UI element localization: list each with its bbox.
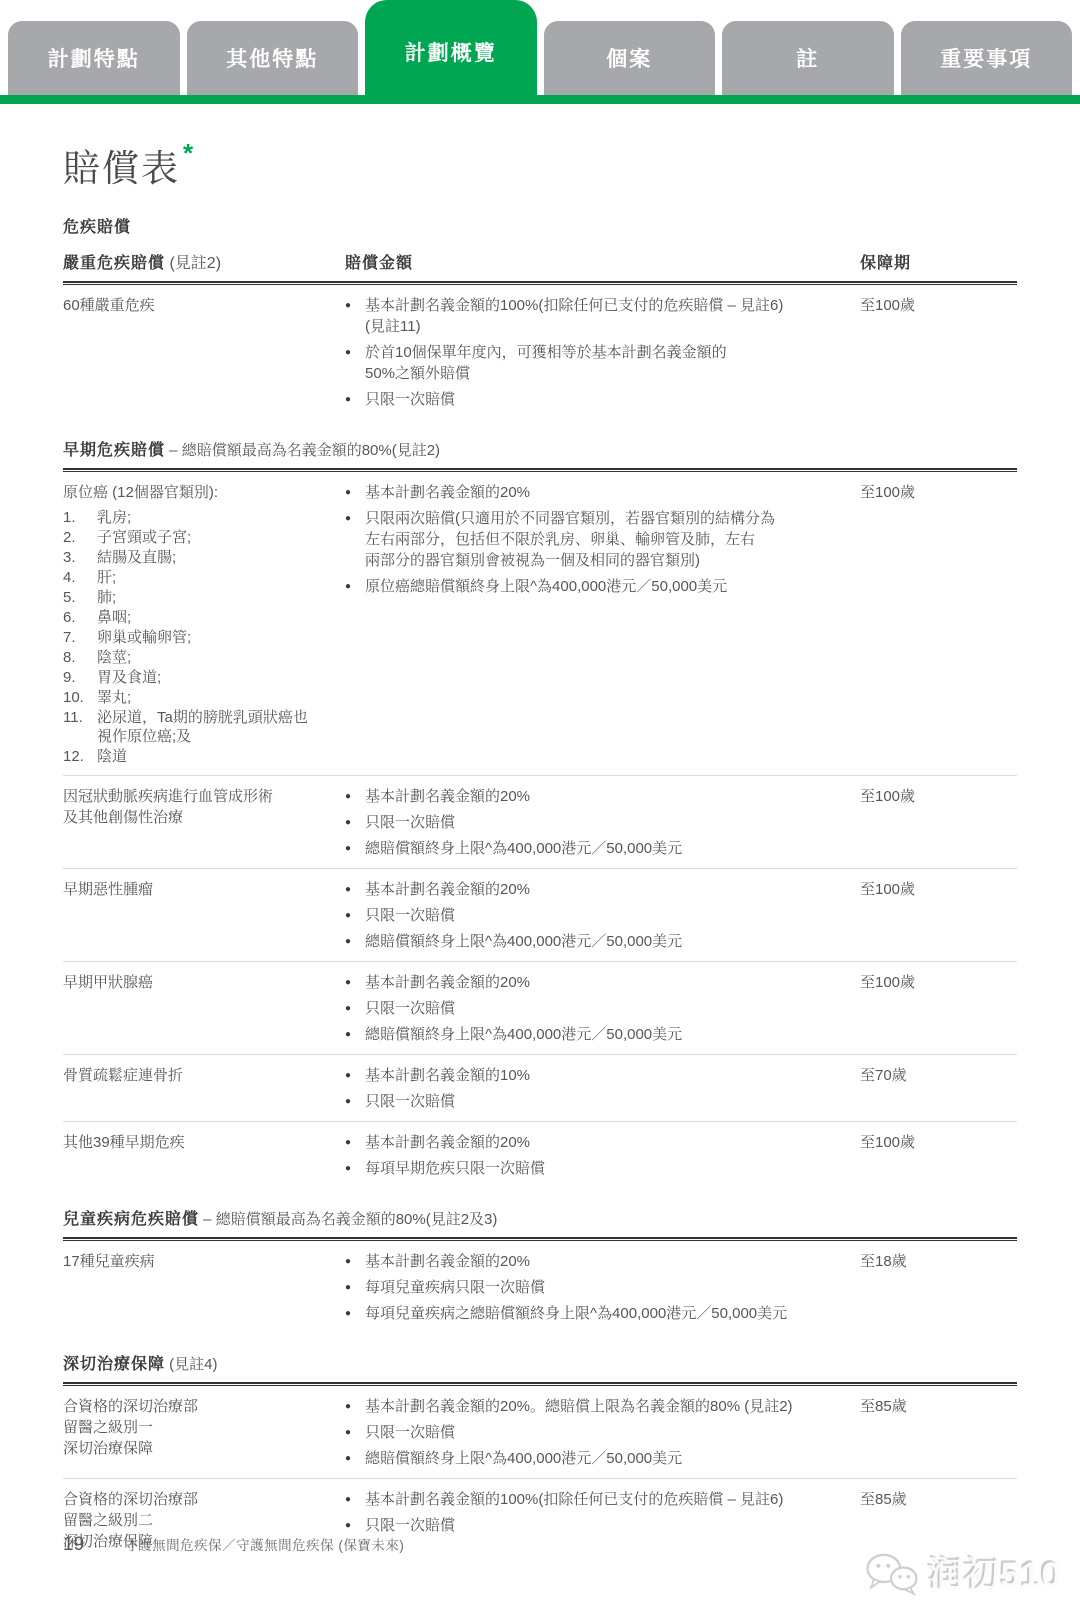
coverage-period: 至85歲 <box>860 1396 1017 1469</box>
bullet-item: ●於首10個保單年度內，可獲相等於基本計劃名義金額的 50%之額外賠償 <box>345 342 846 384</box>
bullet-text: 每項兒童疾病只限一次賠償 <box>365 1277 545 1298</box>
list-item: 12.陰道 <box>63 747 345 766</box>
list-item-text: 子宮頸或子宮; <box>97 528 191 547</box>
watermark-text: 润初510 <box>929 1548 1062 1598</box>
bullet-icon: ● <box>345 879 365 900</box>
column-header-condition: 嚴重危疾賠償 (見註2) <box>63 250 345 273</box>
bullet-item: ●基本計劃名義金額的20% <box>345 482 846 503</box>
bullet-icon: ● <box>345 972 365 993</box>
coverage-period: 至100歲 <box>860 879 1017 952</box>
bullet-icon: ● <box>345 1448 365 1469</box>
list-item-number: 6. <box>63 608 97 627</box>
page: 計劃特點其他特點計劃概覽個案註重要事項 賠償表* 危疾賠償 嚴重危疾賠償 (見註… <box>0 0 1080 1620</box>
bullet-item: ●每項兒童疾病之總賠償額終身上限^為400,000港元／50,000美元 <box>345 1303 846 1324</box>
bullet-item: ●基本計劃名義金額的100%(扣除任何已支付的危疾賠償 – 見註6) (見註11… <box>345 295 846 337</box>
table-row: 因冠狀動脈疾病進行血管成形術 及其他創傷性治療●基本計劃名義金額的20%●只限一… <box>63 775 1017 868</box>
list-item-text: 卵巢或輸卵管; <box>97 628 191 647</box>
page-number: 19 <box>63 1534 84 1556</box>
table-section: 嚴重危疾賠償 (見註2)賠償金額保障期60種嚴重危疾●基本計劃名義金額的100%… <box>63 250 1017 419</box>
bullet-icon: ● <box>345 998 365 1019</box>
bullet-item: ●基本計劃名義金額的20% <box>345 786 846 807</box>
list-item: 4.肝; <box>63 568 345 587</box>
condition-name: 因冠狀動脈疾病進行血管成形術 及其他創傷性治療 <box>63 786 345 828</box>
bullet-item: ●只限一次賠償 <box>345 905 846 926</box>
asterisk-marker: * <box>183 138 195 168</box>
coverage-period: 至100歲 <box>860 482 1017 766</box>
bullet-icon: ● <box>345 1303 365 1324</box>
list-item-number: 7. <box>63 628 97 647</box>
bullet-text: 基本計劃名義金額的20% <box>365 786 530 807</box>
coverage-period: 至70歲 <box>860 1065 1017 1112</box>
bullet-text: 基本計劃名義金額的20% <box>365 1132 530 1153</box>
column-header-note: (見註2) <box>165 255 221 272</box>
condition-name: 17種兒童疾病 <box>63 1251 345 1272</box>
section-title-note: – 總賠償額最高為名義金額的80%(見註2及3) <box>199 1211 497 1228</box>
table-section: 深切治療保障 (見註4)合資格的深切治療部 留醫之級別一 深切治療保障●基本計劃… <box>63 1351 1017 1561</box>
coverage-period: 至100歲 <box>860 295 1017 410</box>
section-heading-critical-illness: 危疾賠償 <box>63 214 1017 237</box>
bullet-item: ●總賠償額終身上限^為400,000港元／50,000美元 <box>345 838 846 859</box>
bullet-text: 只限一次賠償 <box>365 1422 455 1443</box>
bullet-text: 只限一次賠償 <box>365 1091 455 1112</box>
list-item-text: 結腸及直腸; <box>97 548 176 567</box>
bullet-item: ●只限一次賠償 <box>345 998 846 1019</box>
list-item-number: 9. <box>63 668 97 687</box>
bullet-item: ●基本計劃名義金額的20% <box>345 1132 846 1153</box>
bullet-item: ●每項兒童疾病只限一次賠償 <box>345 1277 846 1298</box>
bullet-text: 只限一次賠償 <box>365 389 455 410</box>
condition-name: 合資格的深切治療部 留醫之級別一 深切治療保障 <box>63 1396 345 1459</box>
list-item-text: 胃及食道; <box>97 668 161 687</box>
bullet-text: 每項早期危疾只限一次賠償 <box>365 1158 545 1179</box>
benefit-cell: ●基本計劃名義金額的20%●每項兒童疾病只限一次賠償●每項兒童疾病之總賠償額終身… <box>345 1251 860 1324</box>
bullet-item: ●基本計劃名義金額的20% <box>345 972 846 993</box>
list-item-text: 鼻咽; <box>97 608 131 627</box>
bullet-icon: ● <box>345 786 365 807</box>
list-item-number: 3. <box>63 548 97 567</box>
table-row: 骨質疏鬆症連骨折●基本計劃名義金額的10%●只限一次賠償至70歲 <box>63 1054 1017 1121</box>
list-item: 5.肺; <box>63 588 345 607</box>
tab-plan-overview[interactable]: 計劃概覽 <box>365 0 537 104</box>
bullet-item: ●原位癌總賠償額終身上限^為400,000港元／50,000美元 <box>345 576 846 597</box>
bullet-icon: ● <box>345 931 365 952</box>
bullet-text: 總賠償額終身上限^為400,000港元／50,000美元 <box>365 1024 682 1045</box>
wechat-icon <box>863 1550 921 1596</box>
condition-cell: 60種嚴重危疾 <box>63 295 345 410</box>
bullet-text: 於首10個保單年度內，可獲相等於基本計劃名義金額的 50%之額外賠償 <box>365 342 727 384</box>
list-item-number: 1. <box>63 508 97 527</box>
benefit-cell: ●基本計劃名義金額的100%(扣除任何已支付的危疾賠償 – 見註6)●只限一次賠… <box>345 1489 860 1552</box>
bullet-item: ●總賠償額終身上限^為400,000港元／50,000美元 <box>345 931 846 952</box>
bullet-icon: ● <box>345 389 365 410</box>
bullet-icon: ● <box>345 1158 365 1179</box>
list-item: 2.子宮頸或子宮; <box>63 528 345 547</box>
tab-bar-underline <box>0 95 1080 104</box>
section-title-bold: 深切治療保障 <box>63 1356 165 1373</box>
bullet-text: 基本計劃名義金額的10% <box>365 1065 530 1086</box>
bullet-icon: ● <box>345 576 365 597</box>
bullet-item: ●基本計劃名義金額的20% <box>345 1251 846 1272</box>
table-row: 原位癌 (12個器官類別):1.乳房;2.子宮頸或子宮;3.結腸及直腸;4.肝;… <box>63 472 1017 775</box>
organ-list: 1.乳房;2.子宮頸或子宮;3.結腸及直腸;4.肝;5.肺;6.鼻咽;7.卵巢或… <box>63 508 345 766</box>
list-item-number: 2. <box>63 528 97 547</box>
bullet-text: 只限一次賠償 <box>365 998 455 1019</box>
condition-name: 60種嚴重危疾 <box>63 295 345 316</box>
bullet-item: ●只限一次賠償 <box>345 1091 846 1112</box>
bullet-icon: ● <box>345 905 365 926</box>
bullet-text: 總賠償額終身上限^為400,000港元／50,000美元 <box>365 1448 682 1469</box>
benefit-cell: ●基本計劃名義金額的20%●只限一次賠償●總賠償額終身上限^為400,000港元… <box>345 786 860 859</box>
bullet-icon: ● <box>345 1132 365 1153</box>
bullet-icon: ● <box>345 1024 365 1045</box>
bullet-item: ●只限一次賠償 <box>345 1422 846 1443</box>
benefit-cell: ●基本計劃名義金額的20%●只限一次賠償●總賠償額終身上限^為400,000港元… <box>345 972 860 1045</box>
tab-plan-features[interactable]: 計劃特點 <box>8 21 180 95</box>
tab-other-features[interactable]: 其他特點 <box>187 21 359 95</box>
bullet-item: ●只限兩次賠償(只適用於不同器官類別，若器官類別的結構分為 左右兩部分，包括但不… <box>345 508 846 571</box>
list-item: 8.陰莖; <box>63 648 345 667</box>
benefit-cell: ●基本計劃名義金額的20%●每項早期危疾只限一次賠償 <box>345 1132 860 1179</box>
section-title: 深切治療保障 (見註4) <box>63 1351 1017 1382</box>
coverage-period: 至100歲 <box>860 972 1017 1045</box>
tab-case-study[interactable]: 個案 <box>544 21 716 95</box>
bullet-icon: ● <box>345 482 365 503</box>
condition-cell: 因冠狀動脈疾病進行血管成形術 及其他創傷性治療 <box>63 786 345 859</box>
bullet-item: ●只限一次賠償 <box>345 1515 846 1536</box>
bullet-icon: ● <box>345 1489 365 1510</box>
list-item-text: 陰道 <box>97 747 127 766</box>
watermark: 润初510 <box>863 1548 1062 1598</box>
bullet-text: 基本計劃名義金額的20% <box>365 1251 530 1272</box>
list-item: 9.胃及食道; <box>63 668 345 687</box>
list-item: 7.卵巢或輸卵管; <box>63 628 345 647</box>
list-item-number: 10. <box>63 688 97 707</box>
tab-notes[interactable]: 註 <box>722 21 894 95</box>
list-item-text: 乳房; <box>97 508 131 527</box>
bullet-text: 只限一次賠償 <box>365 812 455 833</box>
coverage-period: 至100歲 <box>860 1132 1017 1179</box>
bullet-item: ●總賠償額終身上限^為400,000港元／50,000美元 <box>345 1448 846 1469</box>
list-item: 10.睪丸; <box>63 688 345 707</box>
bullet-text: 總賠償額終身上限^為400,000港元／50,000美元 <box>365 838 682 859</box>
bullet-icon: ● <box>345 1515 365 1536</box>
benefit-table: 嚴重危疾賠償 (見註2)賠償金額保障期60種嚴重危疾●基本計劃名義金額的100%… <box>63 250 1017 1561</box>
list-item-number: 4. <box>63 568 97 587</box>
table-row: 60種嚴重危疾●基本計劃名義金額的100%(扣除任何已支付的危疾賠償 – 見註6… <box>63 285 1017 419</box>
bullet-text: 只限一次賠償 <box>365 1515 455 1536</box>
table-row: 17種兒童疾病●基本計劃名義金額的20%●每項兒童疾病只限一次賠償●每項兒童疾病… <box>63 1241 1017 1333</box>
list-item-text: 陰莖; <box>97 648 131 667</box>
benefit-schedule: 賠償表* 危疾賠償 嚴重危疾賠償 (見註2)賠償金額保障期60種嚴重危疾●基本計… <box>0 138 1080 1561</box>
bullet-icon: ● <box>345 342 365 384</box>
bullet-text: 基本計劃名義金額的100%(扣除任何已支付的危疾賠償 – 見註6) (見註11) <box>365 295 783 337</box>
section-title-note: (見註4) <box>165 1356 218 1373</box>
bullet-icon: ● <box>345 1422 365 1443</box>
bullet-icon: ● <box>345 1251 365 1272</box>
coverage-period: 至85歲 <box>860 1489 1017 1552</box>
list-item: 3.結腸及直腸; <box>63 548 345 567</box>
bullet-icon: ● <box>345 1065 365 1086</box>
benefit-cell: ●基本計劃名義金額的20%●只限兩次賠償(只適用於不同器官類別，若器官類別的結構… <box>345 482 860 766</box>
section-title: 早期危疾賠償 – 總賠償額最高為名義金額的80%(見註2) <box>63 437 1017 468</box>
bullet-item: ●總賠償額終身上限^為400,000港元／50,000美元 <box>345 1024 846 1045</box>
section-title-note: – 總賠償額最高為名義金額的80%(見註2) <box>165 442 440 459</box>
condition-name: 早期惡性腫瘤 <box>63 879 345 900</box>
condition-cell: 合資格的深切治療部 留醫之級別一 深切治療保障 <box>63 1396 345 1469</box>
section-title: 兒童疾病危疾賠償 – 總賠償額最高為名義金額的80%(見註2及3) <box>63 1206 1017 1237</box>
bullet-text: 基本計劃名義金額的20% <box>365 879 530 900</box>
page-title: 賠償表* <box>63 138 1017 192</box>
page-footer: 19 守護無間危疾保／守護無間危疾保 (保寶未來) <box>63 1534 404 1556</box>
condition-cell: 17種兒童疾病 <box>63 1251 345 1324</box>
list-item: 1.乳房; <box>63 508 345 527</box>
bullet-text: 只限兩次賠償(只適用於不同器官類別，若器官類別的結構分為 左右兩部分，包括但不限… <box>365 508 775 571</box>
bullet-text: 每項兒童疾病之總賠償額終身上限^為400,000港元／50,000美元 <box>365 1303 787 1324</box>
condition-cell: 骨質疏鬆症連骨折 <box>63 1065 345 1112</box>
bullet-item: ●基本計劃名義金額的20%。總賠償上限為名義金額的80% (見註2) <box>345 1396 846 1417</box>
benefit-cell: ●基本計劃名義金額的20%●只限一次賠償●總賠償額終身上限^為400,000港元… <box>345 879 860 952</box>
bullet-text: 基本計劃名義金額的20% <box>365 482 530 503</box>
benefit-cell: ●基本計劃名義金額的20%。總賠償上限為名義金額的80% (見註2)●只限一次賠… <box>345 1396 860 1469</box>
table-row: 合資格的深切治療部 留醫之級別一 深切治療保障●基本計劃名義金額的20%。總賠償… <box>63 1386 1017 1478</box>
bullet-icon: ● <box>345 812 365 833</box>
list-item: 11.泌尿道，Ta期的膀胱乳頭狀癌也 視作原位癌;及 <box>63 708 345 746</box>
bullet-item: ●只限一次賠償 <box>345 389 846 410</box>
bullet-icon: ● <box>345 1091 365 1112</box>
bullet-icon: ● <box>345 838 365 859</box>
column-header-bold: 嚴重危疾賠償 <box>63 255 165 272</box>
condition-cell: 早期甲狀腺癌 <box>63 972 345 1045</box>
column-header-benefit: 賠償金額 <box>345 250 860 273</box>
bullet-item: ●基本計劃名義金額的20% <box>345 879 846 900</box>
bullet-text: 基本計劃名義金額的20% <box>365 972 530 993</box>
list-item-text: 睪丸; <box>97 688 131 707</box>
column-header-period: 保障期 <box>860 250 1017 273</box>
table-header-row: 嚴重危疾賠償 (見註2)賠償金額保障期 <box>63 250 1017 281</box>
section-title-bold: 早期危疾賠償 <box>63 442 165 459</box>
tab-important-information[interactable]: 重要事項 <box>901 21 1073 95</box>
list-item-number: 5. <box>63 588 97 607</box>
list-item-number: 12. <box>63 747 97 766</box>
bullet-text: 基本計劃名義金額的20%。總賠償上限為名義金額的80% (見註2) <box>365 1396 793 1417</box>
table-section: 兒童疾病危疾賠償 – 總賠償額最高為名義金額的80%(見註2及3)17種兒童疾病… <box>63 1206 1017 1333</box>
condition-cell: 原位癌 (12個器官類別):1.乳房;2.子宮頸或子宮;3.結腸及直腸;4.肝;… <box>63 482 345 766</box>
condition-cell: 其他39種早期危疾 <box>63 1132 345 1179</box>
bullet-icon: ● <box>345 1277 365 1298</box>
bullet-text: 總賠償額終身上限^為400,000港元／50,000美元 <box>365 931 682 952</box>
list-item: 6.鼻咽; <box>63 608 345 627</box>
list-item-text: 肺; <box>97 588 116 607</box>
list-item-text: 泌尿道，Ta期的膀胱乳頭狀癌也 視作原位癌;及 <box>97 708 308 746</box>
bullet-item: ●基本計劃名義金額的100%(扣除任何已支付的危疾賠償 – 見註6) <box>345 1489 846 1510</box>
benefit-cell: ●基本計劃名義金額的100%(扣除任何已支付的危疾賠償 – 見註6) (見註11… <box>345 295 860 410</box>
coverage-period: 至18歲 <box>860 1251 1017 1324</box>
condition-cell: 早期惡性腫瘤 <box>63 879 345 952</box>
section-title-bold: 兒童疾病危疾賠償 <box>63 1211 199 1228</box>
list-item-text: 肝; <box>97 568 116 587</box>
bullet-item: ●每項早期危疾只限一次賠償 <box>345 1158 846 1179</box>
condition-name: 其他39種早期危疾 <box>63 1132 345 1153</box>
tab-bar: 計劃特點其他特點計劃概覽個案註重要事項 <box>0 0 1080 104</box>
bullet-icon: ● <box>345 508 365 571</box>
condition-name: 原位癌 (12個器官類別): <box>63 482 345 503</box>
condition-name: 骨質疏鬆症連骨折 <box>63 1065 345 1086</box>
list-item-number: 8. <box>63 648 97 667</box>
bullet-icon: ● <box>345 295 365 337</box>
bullet-item: ●只限一次賠償 <box>345 812 846 833</box>
coverage-period: 至100歲 <box>860 786 1017 859</box>
table-row: 其他39種早期危疾●基本計劃名義金額的20%●每項早期危疾只限一次賠償至100歲 <box>63 1121 1017 1188</box>
table-section: 早期危疾賠償 – 總賠償額最高為名義金額的80%(見註2)原位癌 (12個器官類… <box>63 437 1017 1188</box>
bullet-text: 只限一次賠償 <box>365 905 455 926</box>
bullet-item: ●基本計劃名義金額的10% <box>345 1065 846 1086</box>
condition-name: 早期甲狀腺癌 <box>63 972 345 993</box>
bullet-text: 原位癌總賠償額終身上限^為400,000港元／50,000美元 <box>365 576 727 597</box>
table-row: 早期惡性腫瘤●基本計劃名義金額的20%●只限一次賠償●總賠償額終身上限^為400… <box>63 868 1017 961</box>
bullet-icon: ● <box>345 1396 365 1417</box>
table-row: 早期甲狀腺癌●基本計劃名義金額的20%●只限一次賠償●總賠償額終身上限^為400… <box>63 961 1017 1054</box>
document-title: 守護無間危疾保／守護無間危疾保 (保寶未來) <box>124 1534 404 1554</box>
bullet-text: 基本計劃名義金額的100%(扣除任何已支付的危疾賠償 – 見註6) <box>365 1489 783 1510</box>
list-item-number: 11. <box>63 708 97 746</box>
benefit-cell: ●基本計劃名義金額的10%●只限一次賠償 <box>345 1065 860 1112</box>
